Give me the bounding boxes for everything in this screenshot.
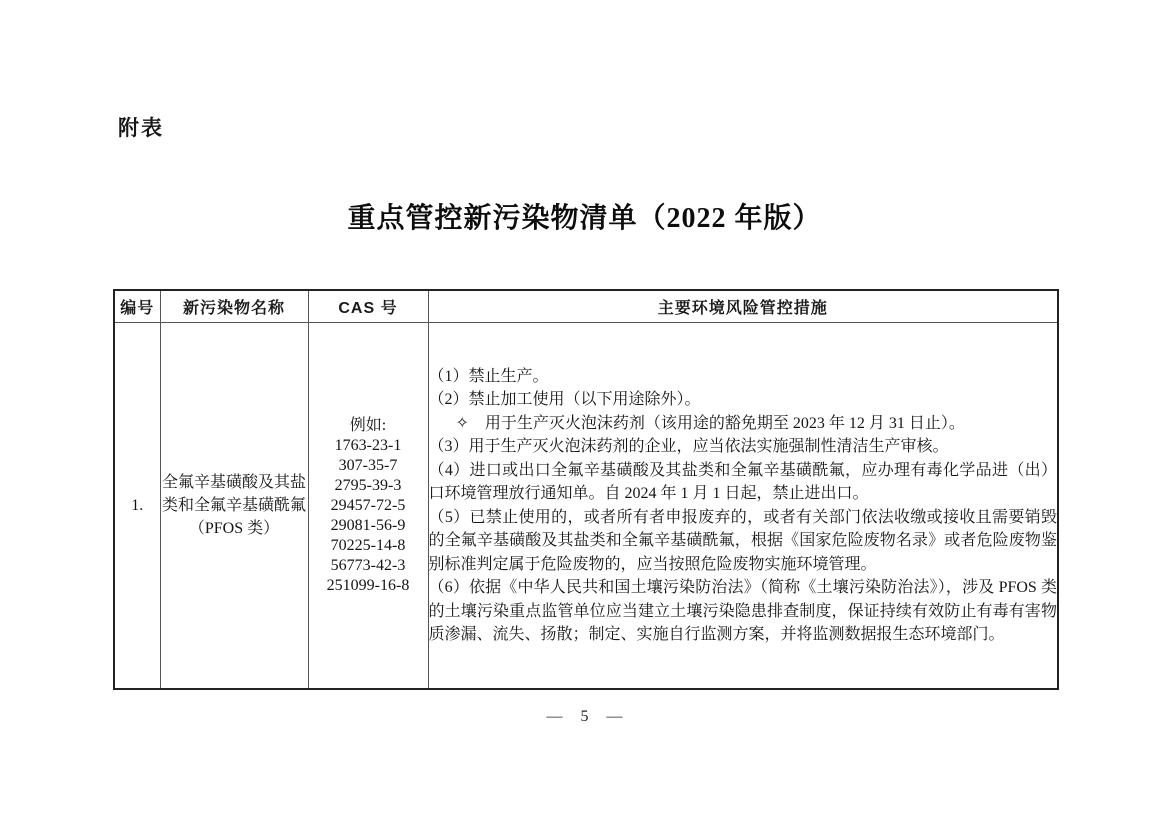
measure-item: （2）禁止加工使用（以下用途除外）。 [429,388,1058,412]
cas-number: 2795-39-3 [309,476,428,496]
cas-number: 70225-14-8 [309,536,428,556]
pollutant-name-cell: 全氟辛基磺酸及其盐 类和全氟辛基磺酰氟 （PFOS 类） [160,323,308,690]
pollutant-name-line: 全氟辛基磺酸及其盐 [161,471,308,494]
measure-item: （3）用于生产灭火泡沫药剂的企业，应当依法实施强制性清洁生产审核。 [429,435,1058,459]
measure-item: （5）已禁止使用的，或者所有者申报废弃的，或者有关部门依法收缴或接收且需要销毁的… [429,506,1058,577]
measure-item: （6）依据《中华人民共和国土壤污染防治法》（简称《土壤污染防治法》），涉及 PF… [429,576,1058,647]
measure-sub-item: ✧ 用于生产灭火泡沫药剂（该用途的豁免期至 2023 年 12 月 31 日止）… [429,412,1058,436]
header-number: 编号 [114,290,160,323]
cas-example-label: 例如: [309,416,428,436]
pollutant-table: 编号 新污染物名称 CAS 号 主要环境风险管控措施 1. 全氟辛基磺酸及其盐 … [113,289,1059,690]
header-cas-number: CAS 号 [308,290,428,323]
cas-numbers-cell: 例如: 1763-23-1 307-35-7 2795-39-3 29457-7… [308,323,428,690]
row-number-cell: 1. [114,323,160,690]
pollutant-name-line: 类和全氟辛基磺酰氟 [161,494,308,517]
cas-number: 29457-72-5 [309,496,428,516]
cas-number: 56773-42-3 [309,556,428,576]
annex-label: 附表 [118,112,164,142]
cas-number: 251099-16-8 [309,576,428,596]
cas-number: 29081-56-9 [309,516,428,536]
table-header-row: 编号 新污染物名称 CAS 号 主要环境风险管控措施 [114,290,1058,323]
header-pollutant-name: 新污染物名称 [160,290,308,323]
cas-number: 307-35-7 [309,456,428,476]
cas-number: 1763-23-1 [309,436,428,456]
page-number: — 5 — [0,708,1169,726]
measure-item: （4）进口或出口全氟辛基磺酸及其盐类和全氟辛基磺酰氟，应办理有毒化学品进（出）口… [429,459,1058,506]
page-title: 重点管控新污染物清单（2022 年版） [0,196,1169,236]
table-row: 1. 全氟辛基磺酸及其盐 类和全氟辛基磺酰氟 （PFOS 类） 例如: 1763… [114,323,1058,690]
measure-item: （1）禁止生产。 [429,365,1058,389]
pollutant-name-line: （PFOS 类） [161,517,308,540]
document-page: 附表 重点管控新污染物清单（2022 年版） 编号 新污染物名称 CAS 号 主… [0,0,1169,826]
measures-cell: （1）禁止生产。 （2）禁止加工使用（以下用途除外）。 ✧ 用于生产灭火泡沫药剂… [428,323,1058,690]
header-control-measures: 主要环境风险管控措施 [428,290,1058,323]
pollutant-table-container: 编号 新污染物名称 CAS 号 主要环境风险管控措施 1. 全氟辛基磺酸及其盐 … [113,289,1057,690]
